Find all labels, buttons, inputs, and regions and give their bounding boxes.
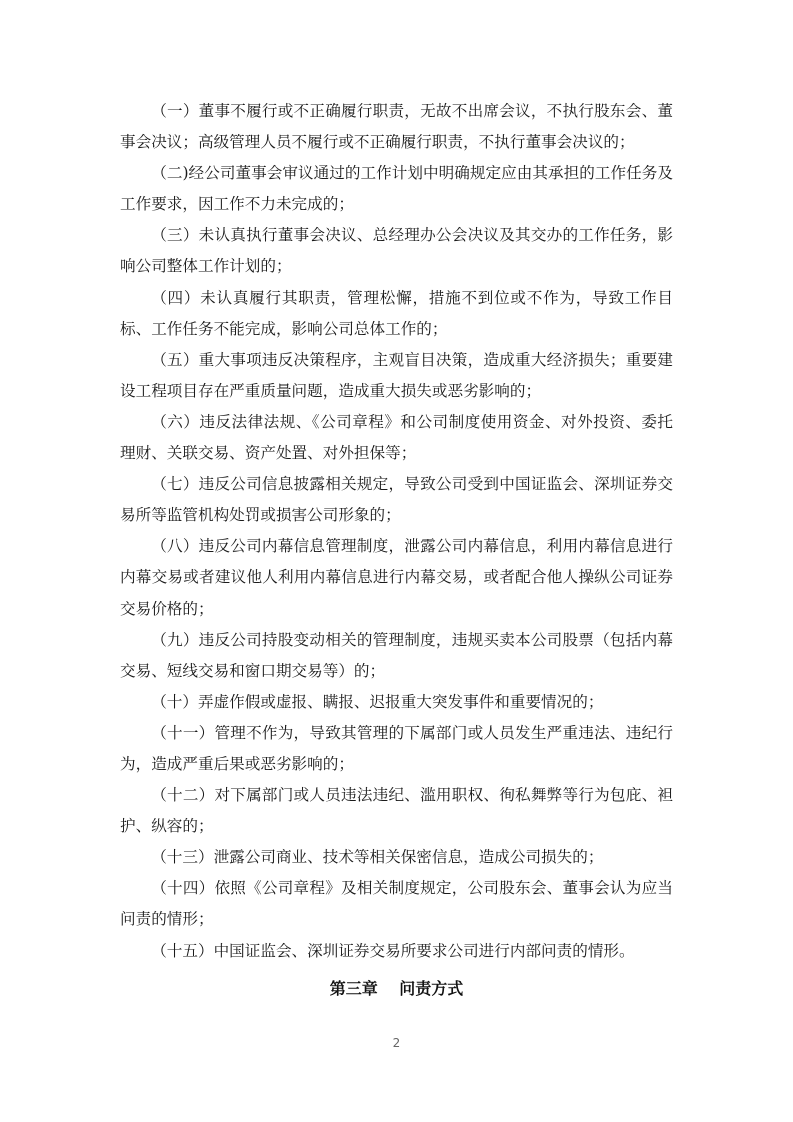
clause-7: （七）违反公司信息披露相关规定，导致公司受到中国证监会、深圳证券交易所等监管机构… <box>120 469 673 531</box>
clause-3: （三）未认真执行董事会决议、总经理办公会决议及其交办的工作任务，影响公司整体工作… <box>120 220 673 282</box>
clause-13: （十三）泄露公司商业、技术等相关保密信息，造成公司损失的； <box>120 842 673 873</box>
clause-8: （八）违反公司内幕信息管理制度，泄露公司内幕信息，利用内幕信息进行内幕交易或者建… <box>120 531 673 624</box>
clause-15: （十五）中国证监会、深圳证券交易所要求公司进行内部问责的情形。 <box>120 936 673 967</box>
page-number: 2 <box>0 1036 793 1050</box>
clause-4: （四）未认真履行其职责，管理松懈，措施不到位或不作为，导致工作目标、工作任务不能… <box>120 283 673 345</box>
clause-2: （二)经公司董事会审议通过的工作计划中明确规定应由其承担的工作任务及工作要求，因… <box>120 158 673 220</box>
clause-9: （九）违反公司持股变动相关的管理制度，违规买卖本公司股票（包括内幕交易、短线交易… <box>120 625 673 687</box>
clause-12: （十二）对下属部门或人员违法违纪、滥用职权、徇私舞弊等行为包庇、袒护、纵容的； <box>120 780 673 842</box>
chapter-heading: 第三章 问责方式 <box>0 973 793 1004</box>
clause-5: （五）重大事项违反决策程序，主观盲目决策，造成重大经济损失；重要建设工程项目存在… <box>120 345 673 407</box>
clause-1: （一）董事不履行或不正确履行职责，无故不出席会议，不执行股东会、董事会决议；高级… <box>120 96 673 158</box>
clause-14: （十四）依照《公司章程》及相关制度规定，公司股东会、董事会认为应当问责的情形； <box>120 873 673 935</box>
clause-6: （六）违反法律法规、《公司章程》和公司制度使用资金、对外投资、委托理财、关联交易… <box>120 407 673 469</box>
clause-11: （十一）管理不作为，导致其管理的下属部门或人员发生严重违法、违纪行为，造成严重后… <box>120 718 673 780</box>
clause-10: （十）弄虚作假或虚报、瞒报、迟报重大突发事件和重要情况的； <box>120 687 673 718</box>
document-body: （一）董事不履行或不正确履行职责，无故不出席会议，不执行股东会、董事会决议；高级… <box>120 96 673 967</box>
document-page: （一）董事不履行或不正确履行职责，无故不出席会议，不执行股东会、董事会决议；高级… <box>0 0 793 1122</box>
